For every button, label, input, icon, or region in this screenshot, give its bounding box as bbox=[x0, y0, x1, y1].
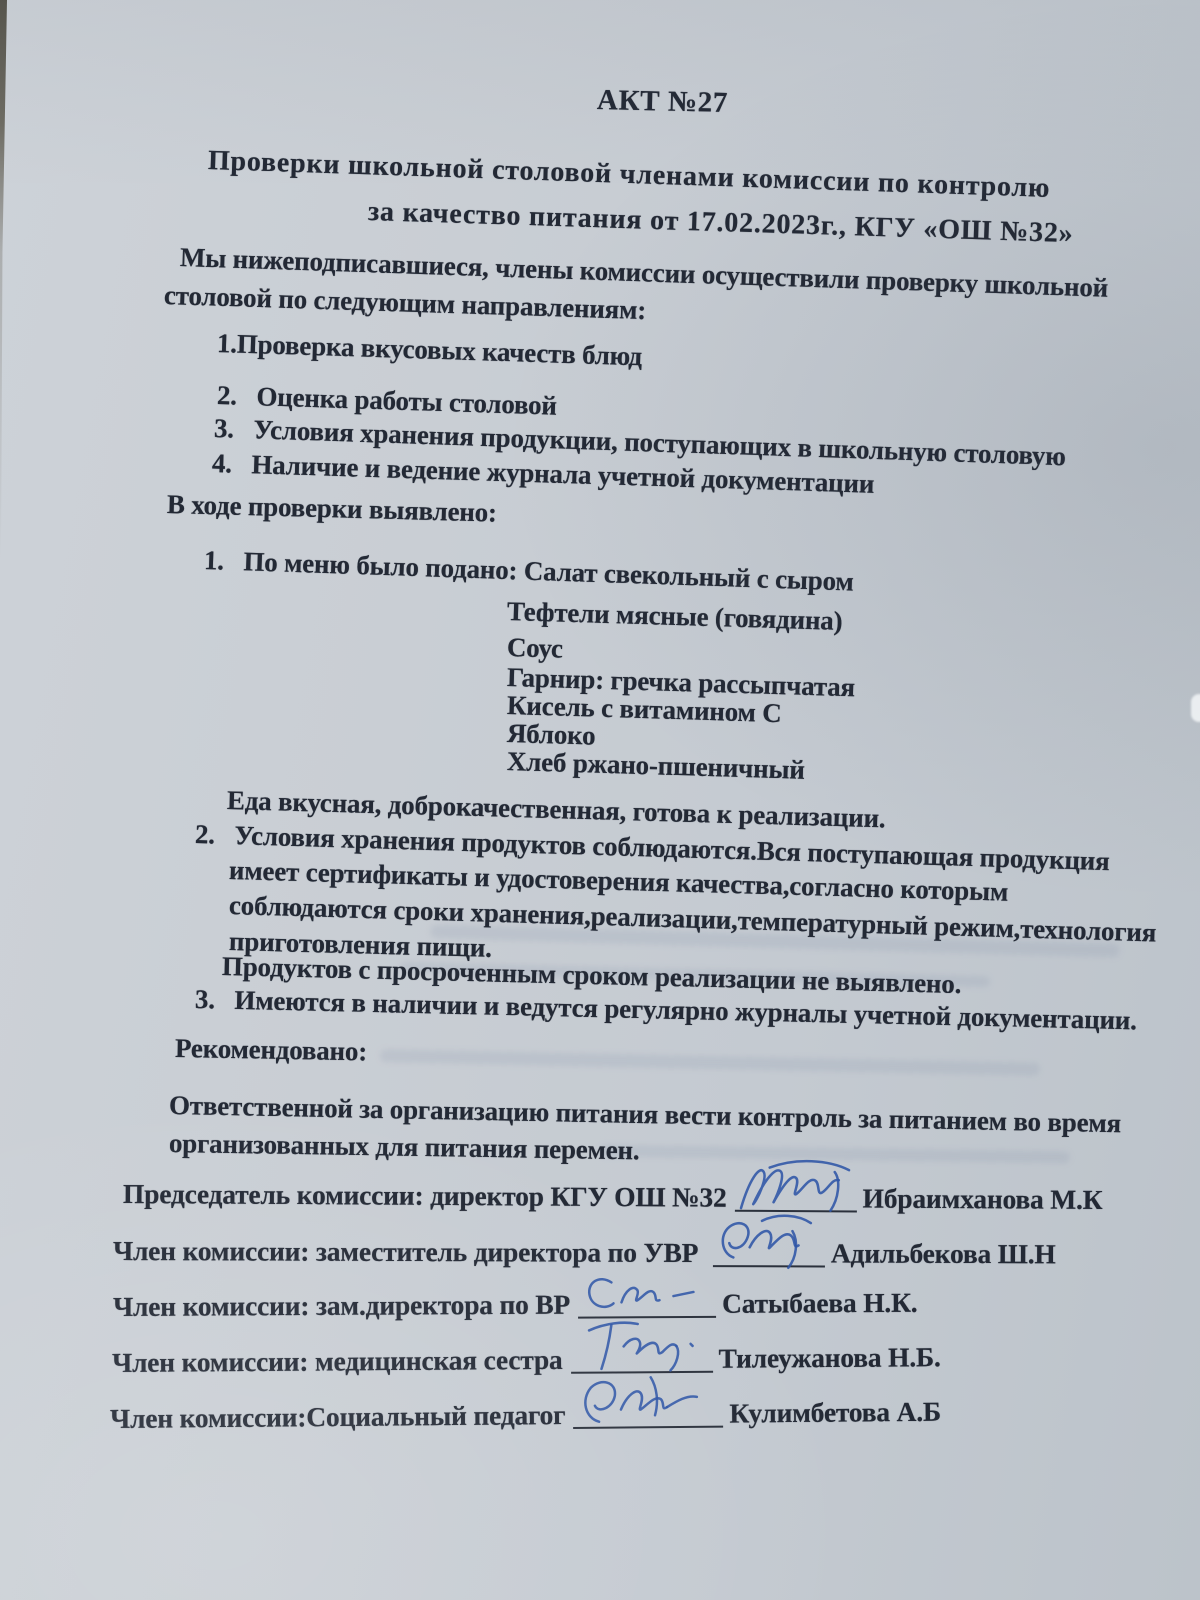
menu-item-2: Соус bbox=[507, 632, 564, 665]
menu-item-1: Тефтели мясные (говядина) bbox=[507, 596, 843, 637]
bleed-through-ghost bbox=[380, 1049, 1040, 1076]
signature-ink bbox=[713, 1211, 825, 1275]
signature-line bbox=[734, 1176, 856, 1213]
signature-name: Адильбекова Ш.Н bbox=[831, 1238, 1056, 1271]
signature-line bbox=[578, 1282, 716, 1319]
intro-line-2: столовой по следующим направлениям: bbox=[164, 280, 647, 326]
signature-role: Председатель комиссии: директор КГУ ОШ №… bbox=[123, 1178, 727, 1214]
signature-role: Член комиссии:Социальный педагог bbox=[110, 1399, 566, 1435]
signature-name: Сатыбаева Н.К. bbox=[722, 1287, 918, 1320]
signature-ink bbox=[573, 1370, 724, 1437]
title-line-1: Проверки школьной столовой членами комис… bbox=[207, 145, 1050, 205]
signature-row-2: Член комиссии: заместитель директора по … bbox=[113, 1229, 1056, 1270]
photo-left-edge-shadow bbox=[0, 0, 7, 560]
menu-lead-line: 1. По меню было подано: Салат свекольный… bbox=[203, 545, 854, 598]
signature-line bbox=[713, 1231, 825, 1267]
signature-name: Ибраимханова М.К bbox=[862, 1183, 1102, 1216]
direction-item-1: 1.Проверка вкусовых качеств блюд bbox=[217, 328, 643, 372]
page-title: АКТ №27 bbox=[597, 84, 729, 120]
signature-role: Член комиссии: медицинская сестра bbox=[112, 1344, 563, 1379]
signature-line bbox=[573, 1392, 723, 1429]
signature-name: Кулимбетова А.Б bbox=[729, 1396, 941, 1430]
title-line-2: за качество питания от 17.02.2023г., КГУ… bbox=[367, 196, 1073, 250]
signature-name: Тилеужанова Н.Б. bbox=[718, 1341, 940, 1375]
signature-role: Член комиссии: зам.директора по ВР bbox=[113, 1289, 570, 1323]
findings-heading: В ходе проверки выявлено: bbox=[167, 489, 498, 529]
signature-row-4: Член комиссии: медицинская сестра Тилеуж… bbox=[112, 1335, 941, 1379]
recommended-heading: Рекомендовано: bbox=[175, 1033, 368, 1067]
recommendation-line-2: организованных для питания перемен. bbox=[169, 1128, 640, 1166]
right-edge-notch bbox=[1191, 694, 1200, 722]
signature-row-1: Председатель комиссии: директор КГУ ОШ №… bbox=[123, 1172, 1103, 1216]
signature-row-3: Член комиссии: зам.директора по ВР Сатыб… bbox=[113, 1281, 918, 1323]
signature-role: Член комиссии: заместитель директора по … bbox=[113, 1235, 705, 1269]
signature-row-5: Член комиссии:Социальный педагог Кулимбе… bbox=[110, 1390, 941, 1435]
paper-sheet: АКТ №27 Проверки школьной столовой члена… bbox=[0, 0, 1200, 1600]
signature-line bbox=[570, 1337, 712, 1374]
menu-item-6: Хлеб ржано-пшеничный bbox=[507, 746, 806, 786]
